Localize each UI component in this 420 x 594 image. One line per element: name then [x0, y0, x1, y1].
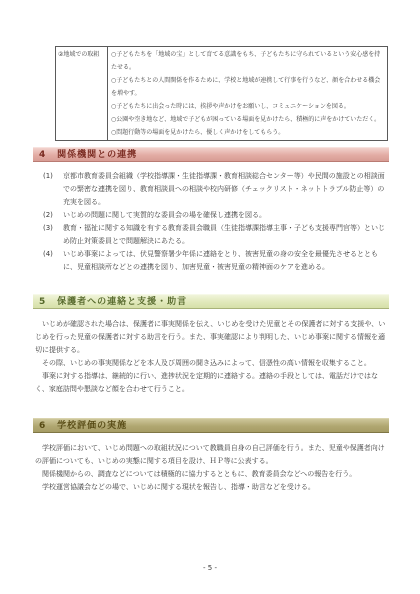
section5-title: 保護者への連絡と支援・助言	[57, 297, 187, 307]
numbered-item: (3) 教育・福祉に関する知識を有する教育委員会職員（生徒指導課指導主事・子ども…	[43, 222, 389, 248]
section5-number: 5	[39, 295, 53, 310]
section4-title: 関係機関との連携	[57, 150, 137, 160]
paragraph: 学校評価において、いじめ問題への取組状況について教職員自身の自己評価を行う。また…	[35, 442, 387, 468]
section6-number: 6	[39, 419, 53, 434]
paragraph: 関係機関からの、調査などについては積極的に協力するとともに、教育委員会などへの報…	[35, 468, 387, 481]
section4-list: (1) 京都市教育委員会組織（学校指導課・生徒指導課・教育相談総合センター等）や…	[43, 170, 389, 274]
section6-header: 6 学校評価の実施	[33, 418, 389, 433]
page-number: - 5 -	[0, 564, 420, 572]
community-initiatives-table: ②地域での取組 ○子どもたちを「地域の宝」として育てる意識をもち、子どもたちに守…	[55, 46, 388, 141]
item-text: いじめ事案によっては、伏見警察署少年係に連絡をとり、被害児童の身の安全を最優先さ…	[63, 248, 389, 274]
paragraph: 事案に対する指導は、継続的に行い、進捗状況を定期的に連絡する。連絡の手段としては…	[35, 370, 387, 396]
numbered-item: (1) 京都市教育委員会組織（学校指導課・生徒指導課・教育相談総合センター等）や…	[43, 170, 389, 209]
section4-number: 4	[39, 148, 53, 163]
item-marker: (1)	[43, 170, 63, 209]
paragraph: 学校運営協議会などの場で、いじめに関する現状を報告し、指導・助言などを受ける。	[35, 481, 387, 494]
section6-title: 学校評価の実施	[57, 421, 127, 431]
community-item: ○問題行動等の場面を見かけたら、優しく声かけをしてもらう。	[111, 126, 384, 139]
paragraph: いじめが確認された場合は、保護者に事実関係を伝え、いじめを受けた児童とその保護者…	[35, 318, 387, 357]
numbered-item: (2) いじめの問題に関して実質的な委員会の場を確保し連携を図る。	[43, 209, 389, 222]
page-content: ②地域での取組 ○子どもたちを「地域の宝」として育てる意識をもち、子どもたちに守…	[33, 46, 389, 494]
item-marker: (2)	[43, 209, 63, 222]
section5-body: いじめが確認された場合は、保護者に事実関係を伝え、いじめを受けた児童とその保護者…	[35, 318, 387, 396]
item-text: 教育・福祉に関する知識を有する教育委員会職員（生徒指導課指導主事・子ども支援専門…	[63, 222, 389, 248]
community-item: ○子どもたちとの人間関係を作るために、学校と地域が連携して行事を行うなど、顔を合…	[111, 74, 384, 100]
community-table-items: ○子どもたちを「地域の宝」として育てる意識をもち、子どもたちに守られているという…	[108, 47, 387, 140]
section4-header: 4 関係機関との連携	[33, 147, 389, 162]
section6-body: 学校評価において、いじめ問題への取組状況について教職員自身の自己評価を行う。また…	[35, 442, 387, 494]
section5-header: 5 保護者への連絡と支援・助言	[33, 294, 389, 309]
community-table-label: ②地域での取組	[56, 47, 108, 140]
item-marker: (3)	[43, 222, 63, 248]
paragraph: その際、いじめの事実関係などを本人及び周囲の聞き込みによって、信憑性の高い情報を…	[35, 357, 387, 370]
community-item: ○子どもたちに出会った時には、挨拶や声かけをお願いし、コミュニケーションを図る。	[111, 100, 384, 113]
item-marker: (4)	[43, 248, 63, 274]
item-text: 京都市教育委員会組織（学校指導課・生徒指導課・教育相談総合センター等）や民間の施…	[63, 170, 389, 209]
community-item: ○公園や空き地など、地域で子どもが困っている場面を見かけたら、積極的に声をかけて…	[111, 113, 384, 126]
numbered-item: (4) いじめ事案によっては、伏見警察署少年係に連絡をとり、被害児童の身の安全を…	[43, 248, 389, 274]
community-item: ○子どもたちを「地域の宝」として育てる意識をもち、子どもたちに守られているという…	[111, 48, 384, 74]
item-text: いじめの問題に関して実質的な委員会の場を確保し連携を図る。	[63, 209, 389, 222]
document-page: ②地域での取組 ○子どもたちを「地域の宝」として育てる意識をもち、子どもたちに守…	[0, 0, 420, 594]
